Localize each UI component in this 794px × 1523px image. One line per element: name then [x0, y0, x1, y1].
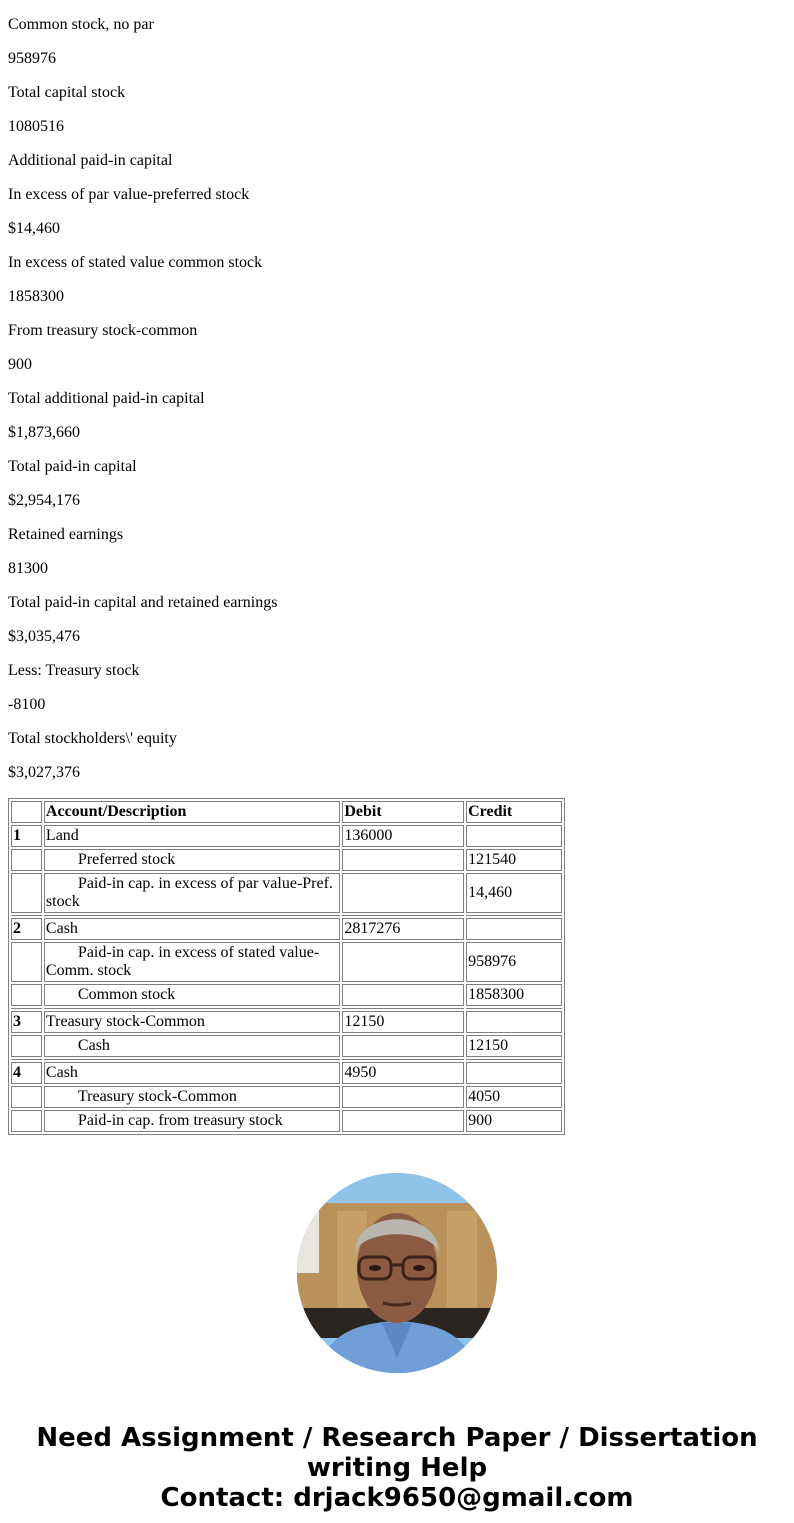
equity-line: $1,873,660	[8, 424, 786, 442]
avatar-container	[0, 1173, 794, 1373]
separator-cell	[466, 915, 562, 916]
equity-line: 900	[8, 356, 786, 374]
description-text: Treasury stock-Common	[78, 1088, 237, 1105]
debit-cell	[342, 942, 464, 982]
journal-entry-group: 3Treasury stock-Common12150Cash12150	[11, 1008, 562, 1057]
debit-cell	[342, 1035, 464, 1057]
entry-number-cell	[11, 873, 42, 913]
equity-line: 1858300	[8, 288, 786, 306]
journal-entry-group: 2Cash2817276Paid-in cap. in excess of st…	[11, 915, 562, 1006]
equity-line: Total paid-in capital and retained earni…	[8, 594, 786, 612]
entry-number-cell	[11, 1035, 42, 1057]
account-description-cell: Paid-in cap. from treasury stock	[44, 1110, 340, 1132]
header-credit: Credit	[466, 801, 562, 823]
separator-cell	[466, 1008, 562, 1009]
group-separator	[11, 1059, 562, 1060]
table-row: 1Land136000	[11, 825, 562, 847]
entry-number-cell	[11, 1086, 42, 1108]
table-row: 2Cash2817276	[11, 918, 562, 940]
table-row: Cash12150	[11, 1035, 562, 1057]
entry-number-cell: 3	[11, 1011, 42, 1033]
table-row: 3Treasury stock-Common12150	[11, 1011, 562, 1033]
group-separator	[11, 1008, 562, 1009]
credit-cell	[466, 1011, 562, 1033]
debit-cell: 136000	[342, 825, 464, 847]
description-text: Paid-in cap. from treasury stock	[78, 1112, 283, 1129]
entry-number-cell	[11, 984, 42, 1006]
account-description-cell: Preferred stock	[44, 849, 340, 871]
separator-cell	[44, 915, 340, 916]
account-description-cell: Treasury stock-Common	[44, 1086, 340, 1108]
table-row: Paid-in cap. in excess of par value-Pref…	[11, 873, 562, 913]
separator-cell	[11, 1008, 42, 1009]
entry-number-cell	[11, 849, 42, 871]
table-row: 4Cash4950	[11, 1062, 562, 1084]
entry-number-cell: 4	[11, 1062, 42, 1084]
equity-line: From treasury stock-common	[8, 322, 786, 340]
table-row: Paid-in cap. from treasury stock900	[11, 1110, 562, 1132]
equity-line: Total stockholders\' equity	[8, 730, 786, 748]
credit-cell: 1858300	[466, 984, 562, 1006]
separator-cell	[466, 1059, 562, 1060]
separator-cell	[44, 1008, 340, 1009]
credit-cell: 958976	[466, 942, 562, 982]
debit-cell	[342, 1086, 464, 1108]
equity-line: $3,035,476	[8, 628, 786, 646]
header-debit: Debit	[342, 801, 464, 823]
equity-line: Less: Treasury stock	[8, 662, 786, 680]
credit-cell: 12150	[466, 1035, 562, 1057]
journal-entry-group: 4Cash4950Treasury stock-Common4050Paid-i…	[11, 1059, 562, 1132]
equity-line: 81300	[8, 560, 786, 578]
description-text: Paid-in cap. in excess of par value-Pref…	[46, 875, 333, 910]
separator-cell	[342, 1008, 464, 1009]
debit-cell	[342, 873, 464, 913]
credit-cell: 121540	[466, 849, 562, 871]
debit-cell: 12150	[342, 1011, 464, 1033]
equity-line: $14,460	[8, 220, 786, 238]
description-text: Paid-in cap. in excess of stated value-C…	[46, 944, 319, 979]
equity-line: -8100	[8, 696, 786, 714]
equity-line: Total capital stock	[8, 84, 786, 102]
journal-entries-table: Account/Description Debit Credit 1Land13…	[8, 798, 565, 1135]
account-description-cell: Cash	[44, 918, 340, 940]
account-description-cell: Common stock	[44, 984, 340, 1006]
group-separator	[11, 915, 562, 916]
header-account-description: Account/Description	[44, 801, 340, 823]
table-row: Treasury stock-Common4050	[11, 1086, 562, 1108]
equity-line: In excess of stated value common stock	[8, 254, 786, 272]
table-header-row: Account/Description Debit Credit	[11, 801, 562, 823]
journal-entry-group: 1Land136000Preferred stock121540Paid-in …	[11, 825, 562, 913]
credit-cell	[466, 1062, 562, 1084]
entry-number-cell	[11, 1110, 42, 1132]
debit-cell	[342, 849, 464, 871]
equity-line: $2,954,176	[8, 492, 786, 510]
account-description-cell: Cash	[44, 1062, 340, 1084]
debit-cell	[342, 1110, 464, 1132]
account-description-cell: Paid-in cap. in excess of stated value-C…	[44, 942, 340, 982]
separator-cell	[342, 915, 464, 916]
description-text: Common stock	[78, 986, 175, 1003]
equity-line: Additional paid-in capital	[8, 152, 786, 170]
equity-line: $3,027,376	[8, 764, 786, 782]
equity-line: 958976	[8, 50, 786, 68]
equity-line: Retained earnings	[8, 526, 786, 544]
entry-number-cell	[11, 942, 42, 982]
table-row: Common stock1858300	[11, 984, 562, 1006]
table-row: Paid-in cap. in excess of stated value-C…	[11, 942, 562, 982]
debit-cell	[342, 984, 464, 1006]
promo-contact: Contact: drjack9650@gmail.com	[20, 1483, 774, 1513]
equity-line: 1080516	[8, 118, 786, 136]
separator-cell	[342, 1059, 464, 1060]
page-content: Common stock, no par958976Total capital …	[0, 0, 794, 1135]
description-text: Preferred stock	[78, 851, 175, 868]
credit-cell: 14,460	[466, 873, 562, 913]
equity-line: Total paid-in capital	[8, 458, 786, 476]
equity-line: Common stock, no par	[8, 16, 786, 34]
credit-cell: 4050	[466, 1086, 562, 1108]
separator-cell	[11, 1059, 42, 1060]
table-row: Preferred stock121540	[11, 849, 562, 871]
entry-number-cell: 1	[11, 825, 42, 847]
credit-cell	[466, 825, 562, 847]
debit-cell: 2817276	[342, 918, 464, 940]
entry-number-cell: 2	[11, 918, 42, 940]
description-text: Cash	[78, 1037, 110, 1054]
separator-cell	[11, 915, 42, 916]
account-description-cell: Land	[44, 825, 340, 847]
header-entry-number	[11, 801, 42, 823]
separator-cell	[44, 1059, 340, 1060]
author-photo-icon	[297, 1173, 497, 1373]
account-description-cell: Paid-in cap. in excess of par value-Pref…	[44, 873, 340, 913]
equity-line: Total additional paid-in capital	[8, 390, 786, 408]
promo-headline: Need Assignment / Research Paper / Disse…	[20, 1423, 774, 1483]
equity-statement: Common stock, no par958976Total capital …	[8, 16, 786, 782]
equity-line: In excess of par value-preferred stock	[8, 186, 786, 204]
portrait-illustration	[297, 1173, 497, 1373]
credit-cell	[466, 918, 562, 940]
account-description-cell: Treasury stock-Common	[44, 1011, 340, 1033]
debit-cell: 4950	[342, 1062, 464, 1084]
account-description-cell: Cash	[44, 1035, 340, 1057]
promo-banner: Need Assignment / Research Paper / Disse…	[0, 1423, 794, 1513]
credit-cell: 900	[466, 1110, 562, 1132]
